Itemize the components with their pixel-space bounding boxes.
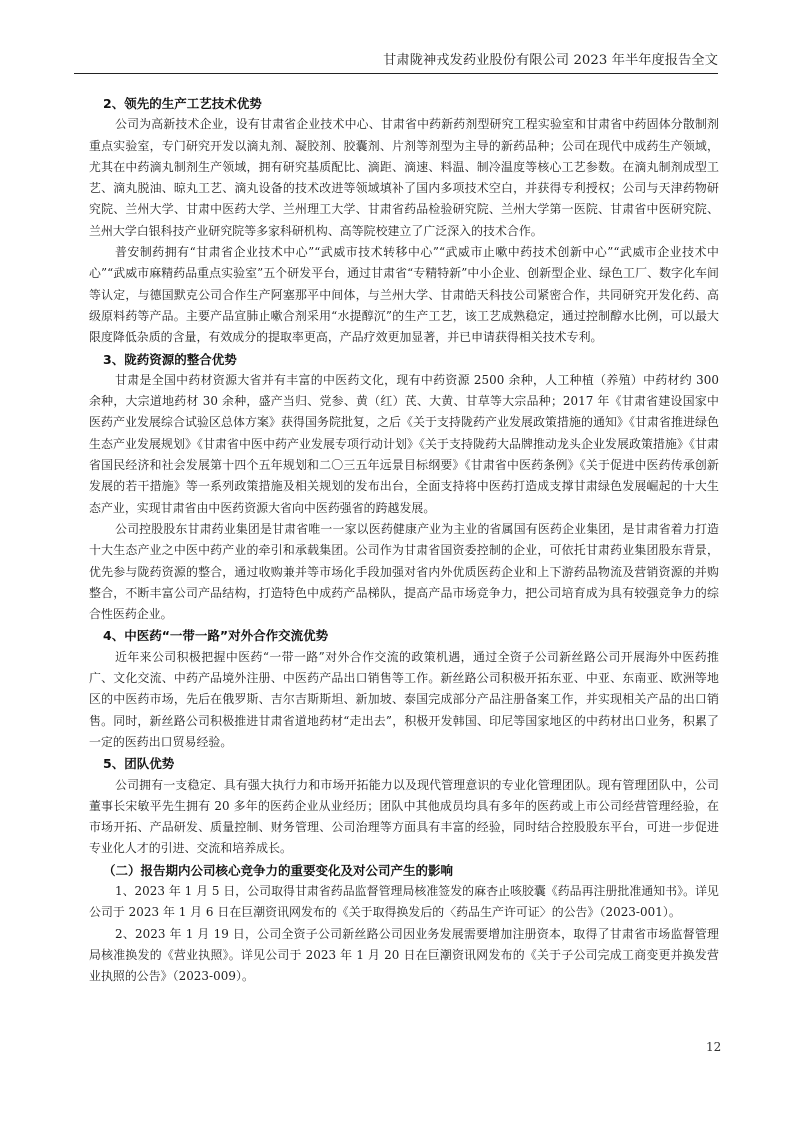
section-heading-changes: （二）报告期内公司核心竞争力的重要变化及对公司产生的影响: [89, 860, 719, 881]
section-heading-resources: 3、陇药资源的整合优势: [89, 349, 719, 370]
paragraph: 公司拥有一支稳定、具有强大执行力和市场开拓能力以及现代管理意识的专业化管理团队。…: [89, 775, 719, 860]
paragraph: 2、2023 年 1 月 19 日，公司全资子公司新丝路公司因业务发展需要增加注…: [89, 924, 719, 988]
paragraph: 近年来公司积极把握中医药“一带一路”对外合作交流的政策机遇，通过全资子公司新丝路…: [89, 647, 719, 753]
section-heading-tech: 2、领先的生产工艺技术优势: [89, 93, 719, 114]
paragraph: 公司为高新技术企业，设有甘肃省企业技术中心、甘肃省中药新药剂型研究工程实验室和甘…: [89, 114, 719, 242]
section-heading-team: 5、团队优势: [89, 753, 719, 774]
page-header: 甘肃陇神戎发药业股份有限公司 2023 年半年度报告全文: [74, 22, 718, 74]
paragraph: 普安制药拥有“甘肃省企业技术中心”“武威市技术转移中心”“武威市止嗽中药技术创新…: [89, 242, 719, 348]
paragraph: 甘肃是全国中药材资源大省并有丰富的中医药文化，现有中药资源 2500 余种，人工…: [89, 370, 719, 519]
document-body: 2、领先的生产工艺技术优势 公司为高新技术企业，设有甘肃省企业技术中心、甘肃省中…: [89, 93, 719, 987]
report-title: 甘肃陇神戎发药业股份有限公司 2023 年半年度报告全文: [383, 49, 718, 68]
paragraph: 1、2023 年 1 月 5 日，公司取得甘肃省药品监督管理局核准签发的麻杏止咳…: [89, 881, 719, 924]
page-number: 12: [706, 1040, 721, 1054]
section-heading-belt-road: 4、中医药“一带一路”对外合作交流优势: [89, 625, 719, 646]
paragraph: 公司控股股东甘肃药业集团是甘肃省唯一一家以医药健康产业为主业的省属国有医药企业集…: [89, 519, 719, 625]
